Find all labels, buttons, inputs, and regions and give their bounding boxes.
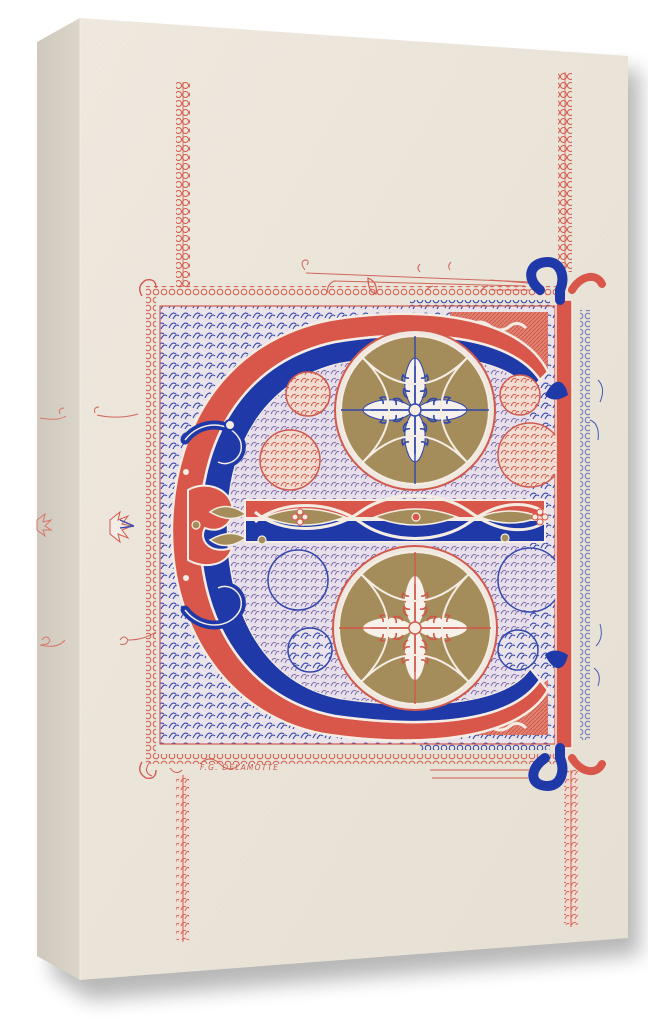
top-right-chain-border <box>558 72 572 272</box>
top-left-chain-border <box>176 82 190 287</box>
bottom-left-chain-border <box>176 775 190 942</box>
canvas-print-mockup: F.G. DELAMOTTE <box>0 0 648 1024</box>
lower-acanthus-roundel <box>333 546 497 710</box>
bottom-right-chain-border <box>564 770 578 927</box>
letter-e-crossbar <box>245 496 548 545</box>
canvas-side-face <box>37 18 80 980</box>
upper-acanthus-roundel <box>335 330 495 490</box>
artist-signature: F.G. DELAMOTTE <box>200 763 279 772</box>
